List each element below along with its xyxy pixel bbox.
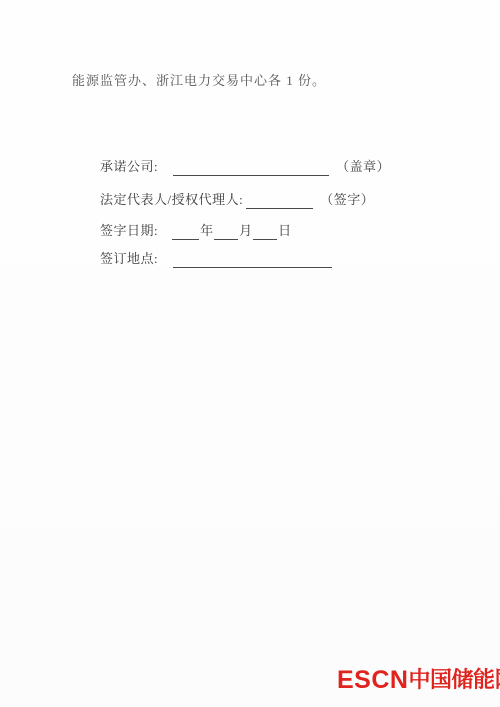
date-month-fill-line <box>214 224 238 240</box>
representative-label: 法定代表人/授权代理人: <box>100 191 243 209</box>
escn-logo: ESCN 中国储能网 <box>337 666 500 694</box>
escn-logo-en-text: ESCN <box>337 666 408 694</box>
distribution-note-text: 能源监管办、浙江电力交易中心各 1 份。 <box>72 70 326 89</box>
sign-place-label: 签订地点: <box>100 250 158 268</box>
representative-row: 法定代表人/授权代理人: （签字） <box>100 191 400 209</box>
date-month-unit: 月 <box>238 222 253 240</box>
company-fill-line <box>173 160 329 176</box>
date-day-unit: 日 <box>277 222 292 240</box>
date-day-fill-line <box>253 224 277 240</box>
date-year-unit: 年 <box>199 222 214 240</box>
escn-logo-zh-text: 中国储能网 <box>408 666 500 694</box>
signature-form-block: 承诺公司: （盖章） 法定代表人/授权代理人: （签字） 签字日期: 年 月 日… <box>100 158 400 268</box>
representative-sign-suffix: （签字） <box>320 191 374 209</box>
company-seal-suffix: （盖章） <box>336 158 390 176</box>
sign-date-row: 签字日期: 年 月 日 <box>100 222 400 240</box>
date-year-fill-line <box>172 224 199 240</box>
scanned-document-page: 能源监管办、浙江电力交易中心各 1 份。 承诺公司: （盖章） 法定代表人/授权… <box>0 0 500 707</box>
sign-place-row: 签订地点: <box>100 250 400 268</box>
company-row: 承诺公司: （盖章） <box>100 158 400 176</box>
sign-date-label: 签字日期: <box>100 222 158 240</box>
representative-fill-line <box>246 193 313 209</box>
sign-place-fill-line <box>173 252 332 268</box>
company-label: 承诺公司: <box>100 158 158 176</box>
